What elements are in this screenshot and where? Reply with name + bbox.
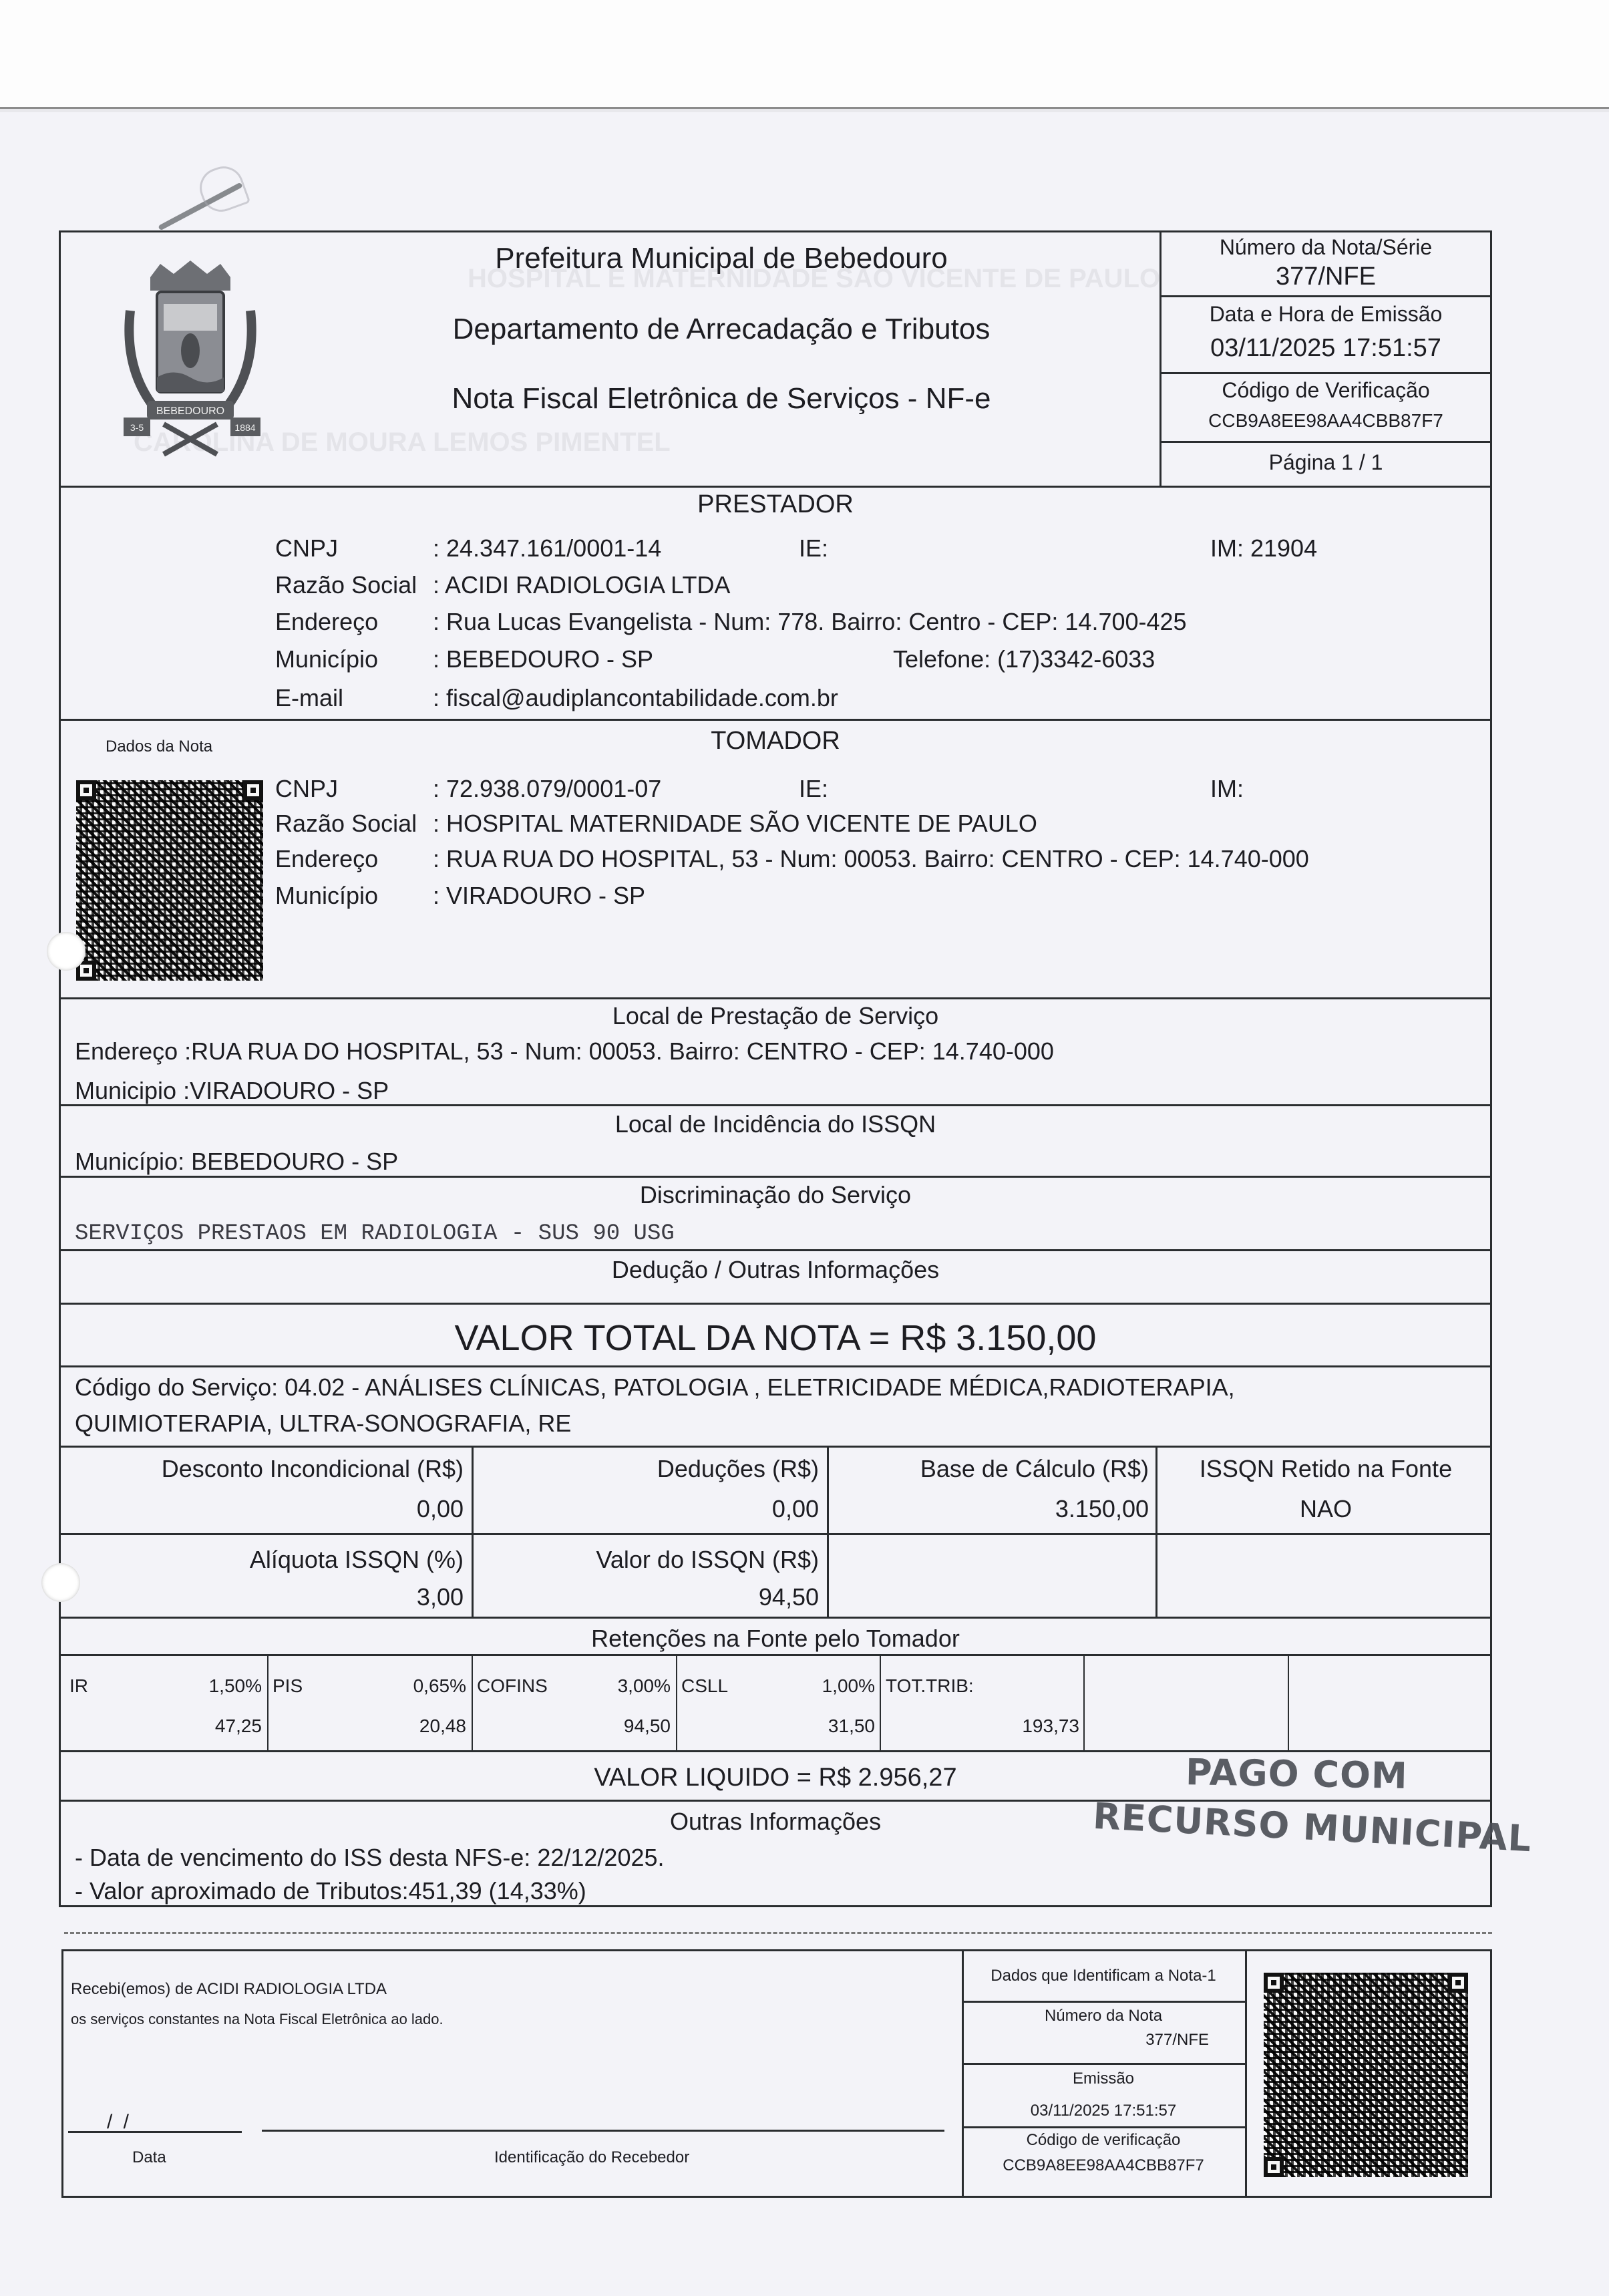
retencao-tottrib-value: 193,73 — [948, 1715, 1079, 1737]
retencao-cofins-label: COFINS — [477, 1675, 548, 1697]
section-divider — [59, 1303, 1492, 1305]
stub-qr-code[interactable] — [1264, 1973, 1468, 2177]
numero-nota-label: Número da Nota/Série — [1159, 235, 1492, 260]
tomador-im: IM: — [1210, 775, 1244, 803]
retencao-cofins-value: 94,50 — [548, 1715, 671, 1737]
cut-line — [64, 1932, 1492, 1934]
stub-data-label: Data — [132, 2148, 166, 2167]
discriminacao-text: SERVIÇOS PRESTAOS EM RADIOLOGIA - SUS 90… — [75, 1221, 675, 1247]
outras-line1: - Data de vencimento do ISS desta NFS-e:… — [75, 1844, 665, 1872]
retencao-tottrib-label: TOT.TRIB: — [886, 1675, 974, 1697]
qr-finder — [243, 780, 263, 800]
codigo-servico-line1: Código do Serviço: 04.02 - ANÁLISES CLÍN… — [75, 1373, 1235, 1402]
stub-recebi-line2: os serviços constantes na Nota Fiscal El… — [71, 2011, 443, 2028]
qr-label: Dados da Nota — [106, 737, 212, 756]
stub-row-divider — [962, 2001, 1245, 2003]
stub-codigo-label: Código de verificação — [962, 2131, 1245, 2150]
coat-of-arms-icon: BEBEDOURO 3-5 1884 — [110, 257, 271, 458]
stub-identificacao-label: Identificação do Recebedor — [494, 2148, 689, 2167]
coat-of-arms-logo: BEBEDOURO 3-5 1884 — [110, 257, 271, 458]
prestador-cnpj: : 24.347.161/0001-14 — [433, 534, 661, 562]
section-divider — [59, 1104, 1492, 1106]
retencao-csll-value: 31,50 — [748, 1715, 875, 1737]
prestador-im: IM: 21904 — [1210, 534, 1317, 562]
prestador-ie: IE: — [799, 534, 828, 562]
prestador-municipio-label: Município — [275, 645, 378, 673]
signature-line — [262, 2130, 944, 2132]
base-calculo-value: 3.150,00 — [831, 1495, 1149, 1523]
grid-divider — [827, 1446, 829, 1618]
tomador-cnpj: : 72.938.079/0001-07 — [433, 775, 661, 803]
page-number: Página 1 / 1 — [1159, 450, 1492, 475]
prestador-endereco: : Rua Lucas Evangelista - Num: 778. Bair… — [433, 608, 1187, 636]
tomador-ie: IE: — [799, 775, 828, 803]
aliquota-label: Alíquota ISSQN (%) — [67, 1546, 464, 1574]
paid-stamp-line1: PAGO COM — [1185, 1751, 1408, 1797]
prestador-razao-label: Razão Social — [275, 571, 417, 599]
tomador-endereco: : RUA RUA DO HOSPITAL, 53 - Num: 00053. … — [433, 845, 1309, 873]
qr-code[interactable] — [76, 780, 263, 981]
stub-date-field[interactable]: / / — [107, 2111, 132, 2134]
retencao-divider — [267, 1654, 269, 1750]
signature-line — [68, 2131, 242, 2133]
retencao-divider — [472, 1654, 473, 1750]
tomador-title: TOMADOR — [59, 727, 1492, 756]
codigo-servico-line2: QUIMIOTERAPIA, ULTRA-SONOGRAFIA, RE — [75, 1410, 571, 1438]
prestador-telefone: Telefone: (17)3342-6033 — [893, 645, 1155, 673]
local-incidencia-title: Local de Incidência do ISSQN — [59, 1110, 1492, 1138]
stub-codigo-value: CCB9A8EE98AA4CBB87F7 — [962, 2156, 1245, 2175]
retencao-ir-value: 47,25 — [134, 1715, 262, 1737]
prefeitura-title: Prefeitura Municipal de Bebedouro — [374, 242, 1069, 275]
stub-numero-value: 377/NFE — [962, 2031, 1209, 2049]
qr-finder — [76, 780, 96, 800]
section-divider — [59, 719, 1492, 721]
tomador-municipio-label: Município — [275, 882, 378, 910]
retencoes-title: Retenções na Fonte pelo Tomador — [59, 1625, 1492, 1653]
retencao-divider — [676, 1654, 677, 1750]
section-divider — [59, 486, 1492, 488]
prestador-email-label: E-mail — [275, 684, 343, 712]
local-incidencia-municipio: Município: BEBEDOURO - SP — [75, 1148, 398, 1176]
grid-divider — [1155, 1446, 1157, 1618]
section-divider — [59, 1446, 1492, 1448]
tomador-razao-label: Razão Social — [275, 810, 417, 838]
section-divider — [59, 1617, 1492, 1619]
header-row-divider — [1159, 295, 1492, 297]
stub-recebi-line1: Recebi(emos) de ACIDI RADIOLOGIA LTDA — [71, 1980, 387, 1999]
section-divider — [59, 1800, 1492, 1802]
tomador-cnpj-label: CNPJ — [275, 775, 338, 803]
retencao-cofins-rate: 3,00% — [548, 1675, 671, 1697]
issqn-retido-label: ISSQN Retido na Fonte — [1159, 1455, 1492, 1483]
prestador-razao: : ACIDI RADIOLOGIA LTDA — [433, 571, 730, 599]
retencao-ir-label: IR — [69, 1675, 88, 1697]
stub-row-divider — [962, 2063, 1245, 2065]
tomador-municipio: : VIRADOURO - SP — [433, 882, 645, 910]
stub-divider — [1245, 1949, 1247, 2198]
punch-hole — [47, 932, 85, 971]
stub-numero-label: Número da Nota — [962, 2007, 1245, 2025]
data-emissao-label: Data e Hora de Emissão — [1159, 302, 1492, 327]
header-row-divider — [1159, 372, 1492, 374]
document-title: Nota Fiscal Eletrônica de Serviços - NF-… — [374, 382, 1069, 416]
retencao-pis-value: 20,48 — [334, 1715, 466, 1737]
section-divider — [59, 997, 1492, 999]
stub-emissao-label: Emissão — [962, 2070, 1245, 2088]
deducoes-value: 0,00 — [476, 1495, 819, 1523]
retencao-divider — [1083, 1654, 1085, 1750]
tomador-razao: : HOSPITAL MATERNIDADE SÃO VICENTE DE PA… — [433, 810, 1037, 838]
stub-row-divider — [962, 2126, 1245, 2128]
codigo-verificacao-label: Código de Verificação — [1159, 378, 1492, 403]
valor-issqn-label: Valor do ISSQN (R$) — [476, 1546, 819, 1574]
prestador-municipio: : BEBEDOURO - SP — [433, 645, 653, 673]
codigo-verificacao-value: CCB9A8EE98AA4CBB87F7 — [1159, 410, 1492, 432]
qr-finder — [1264, 2157, 1284, 2177]
tomador-endereco-label: Endereço — [275, 845, 378, 873]
valor-issqn-value: 94,50 — [476, 1583, 819, 1611]
outras-line2: - Valor aproximado de Tributos:451,39 (1… — [75, 1877, 586, 1905]
prestador-email: : fiscal@audiplancontabilidade.com.br — [433, 684, 838, 712]
retencao-pis-label: PIS — [273, 1675, 303, 1697]
grid-divider — [472, 1446, 474, 1618]
stub-dados-label: Dados que Identificam a Nota-1 — [962, 1967, 1245, 1985]
section-divider — [59, 1176, 1492, 1178]
data-emissao-value: 03/11/2025 17:51:57 — [1159, 334, 1492, 363]
section-divider — [59, 1365, 1492, 1367]
deducoes-label: Deduções (R$) — [476, 1455, 819, 1483]
desconto-label: Desconto Incondicional (R$) — [67, 1455, 464, 1483]
deducao-title: Dedução / Outras Informações — [59, 1256, 1492, 1284]
svg-text:BEBEDOURO: BEBEDOURO — [156, 405, 224, 417]
svg-text:1884: 1884 — [234, 422, 255, 433]
section-divider — [59, 1654, 1492, 1656]
department-title: Departamento de Arrecadação e Tributos — [374, 313, 1069, 346]
local-prestacao-municipio: Municipio :VIRADOURO - SP — [75, 1077, 389, 1105]
retencao-divider — [880, 1654, 881, 1750]
local-prestacao-title: Local de Prestação de Serviço — [59, 1002, 1492, 1030]
stub-emissao-value: 03/11/2025 17:51:57 — [962, 2102, 1245, 2120]
scan-top-margin — [0, 0, 1609, 107]
qr-finder — [1264, 1973, 1284, 1993]
header-row-divider — [1159, 441, 1492, 443]
desconto-value: 0,00 — [67, 1495, 464, 1523]
retencao-ir-rate: 1,50% — [134, 1675, 262, 1697]
section-divider — [59, 1249, 1492, 1251]
retencao-csll-label: CSLL — [681, 1675, 728, 1697]
grid-row-divider — [59, 1533, 1492, 1535]
punch-hole — [41, 1563, 80, 1602]
local-prestacao-endereco: Endereço :RUA RUA DO HOSPITAL, 53 - Num:… — [75, 1037, 1054, 1065]
retencao-csll-rate: 1,00% — [748, 1675, 875, 1697]
qr-finder — [1448, 1973, 1468, 1993]
prestador-cnpj-label: CNPJ — [275, 534, 338, 562]
retencao-pis-rate: 0,65% — [334, 1675, 466, 1697]
retencao-divider — [1288, 1654, 1289, 1750]
base-calculo-label: Base de Cálculo (R$) — [831, 1455, 1149, 1483]
aliquota-value: 3,00 — [67, 1583, 464, 1611]
prestador-endereco-label: Endereço — [275, 608, 378, 636]
numero-nota-value: 377/NFE — [1159, 263, 1492, 291]
svg-text:3-5: 3-5 — [130, 422, 144, 433]
valor-total: VALOR TOTAL DA NOTA = R$ 3.150,00 — [59, 1317, 1492, 1359]
issqn-retido-value: NAO — [1159, 1495, 1492, 1523]
prestador-title: PRESTADOR — [59, 490, 1492, 519]
discriminacao-title: Discriminação do Serviço — [59, 1181, 1492, 1209]
